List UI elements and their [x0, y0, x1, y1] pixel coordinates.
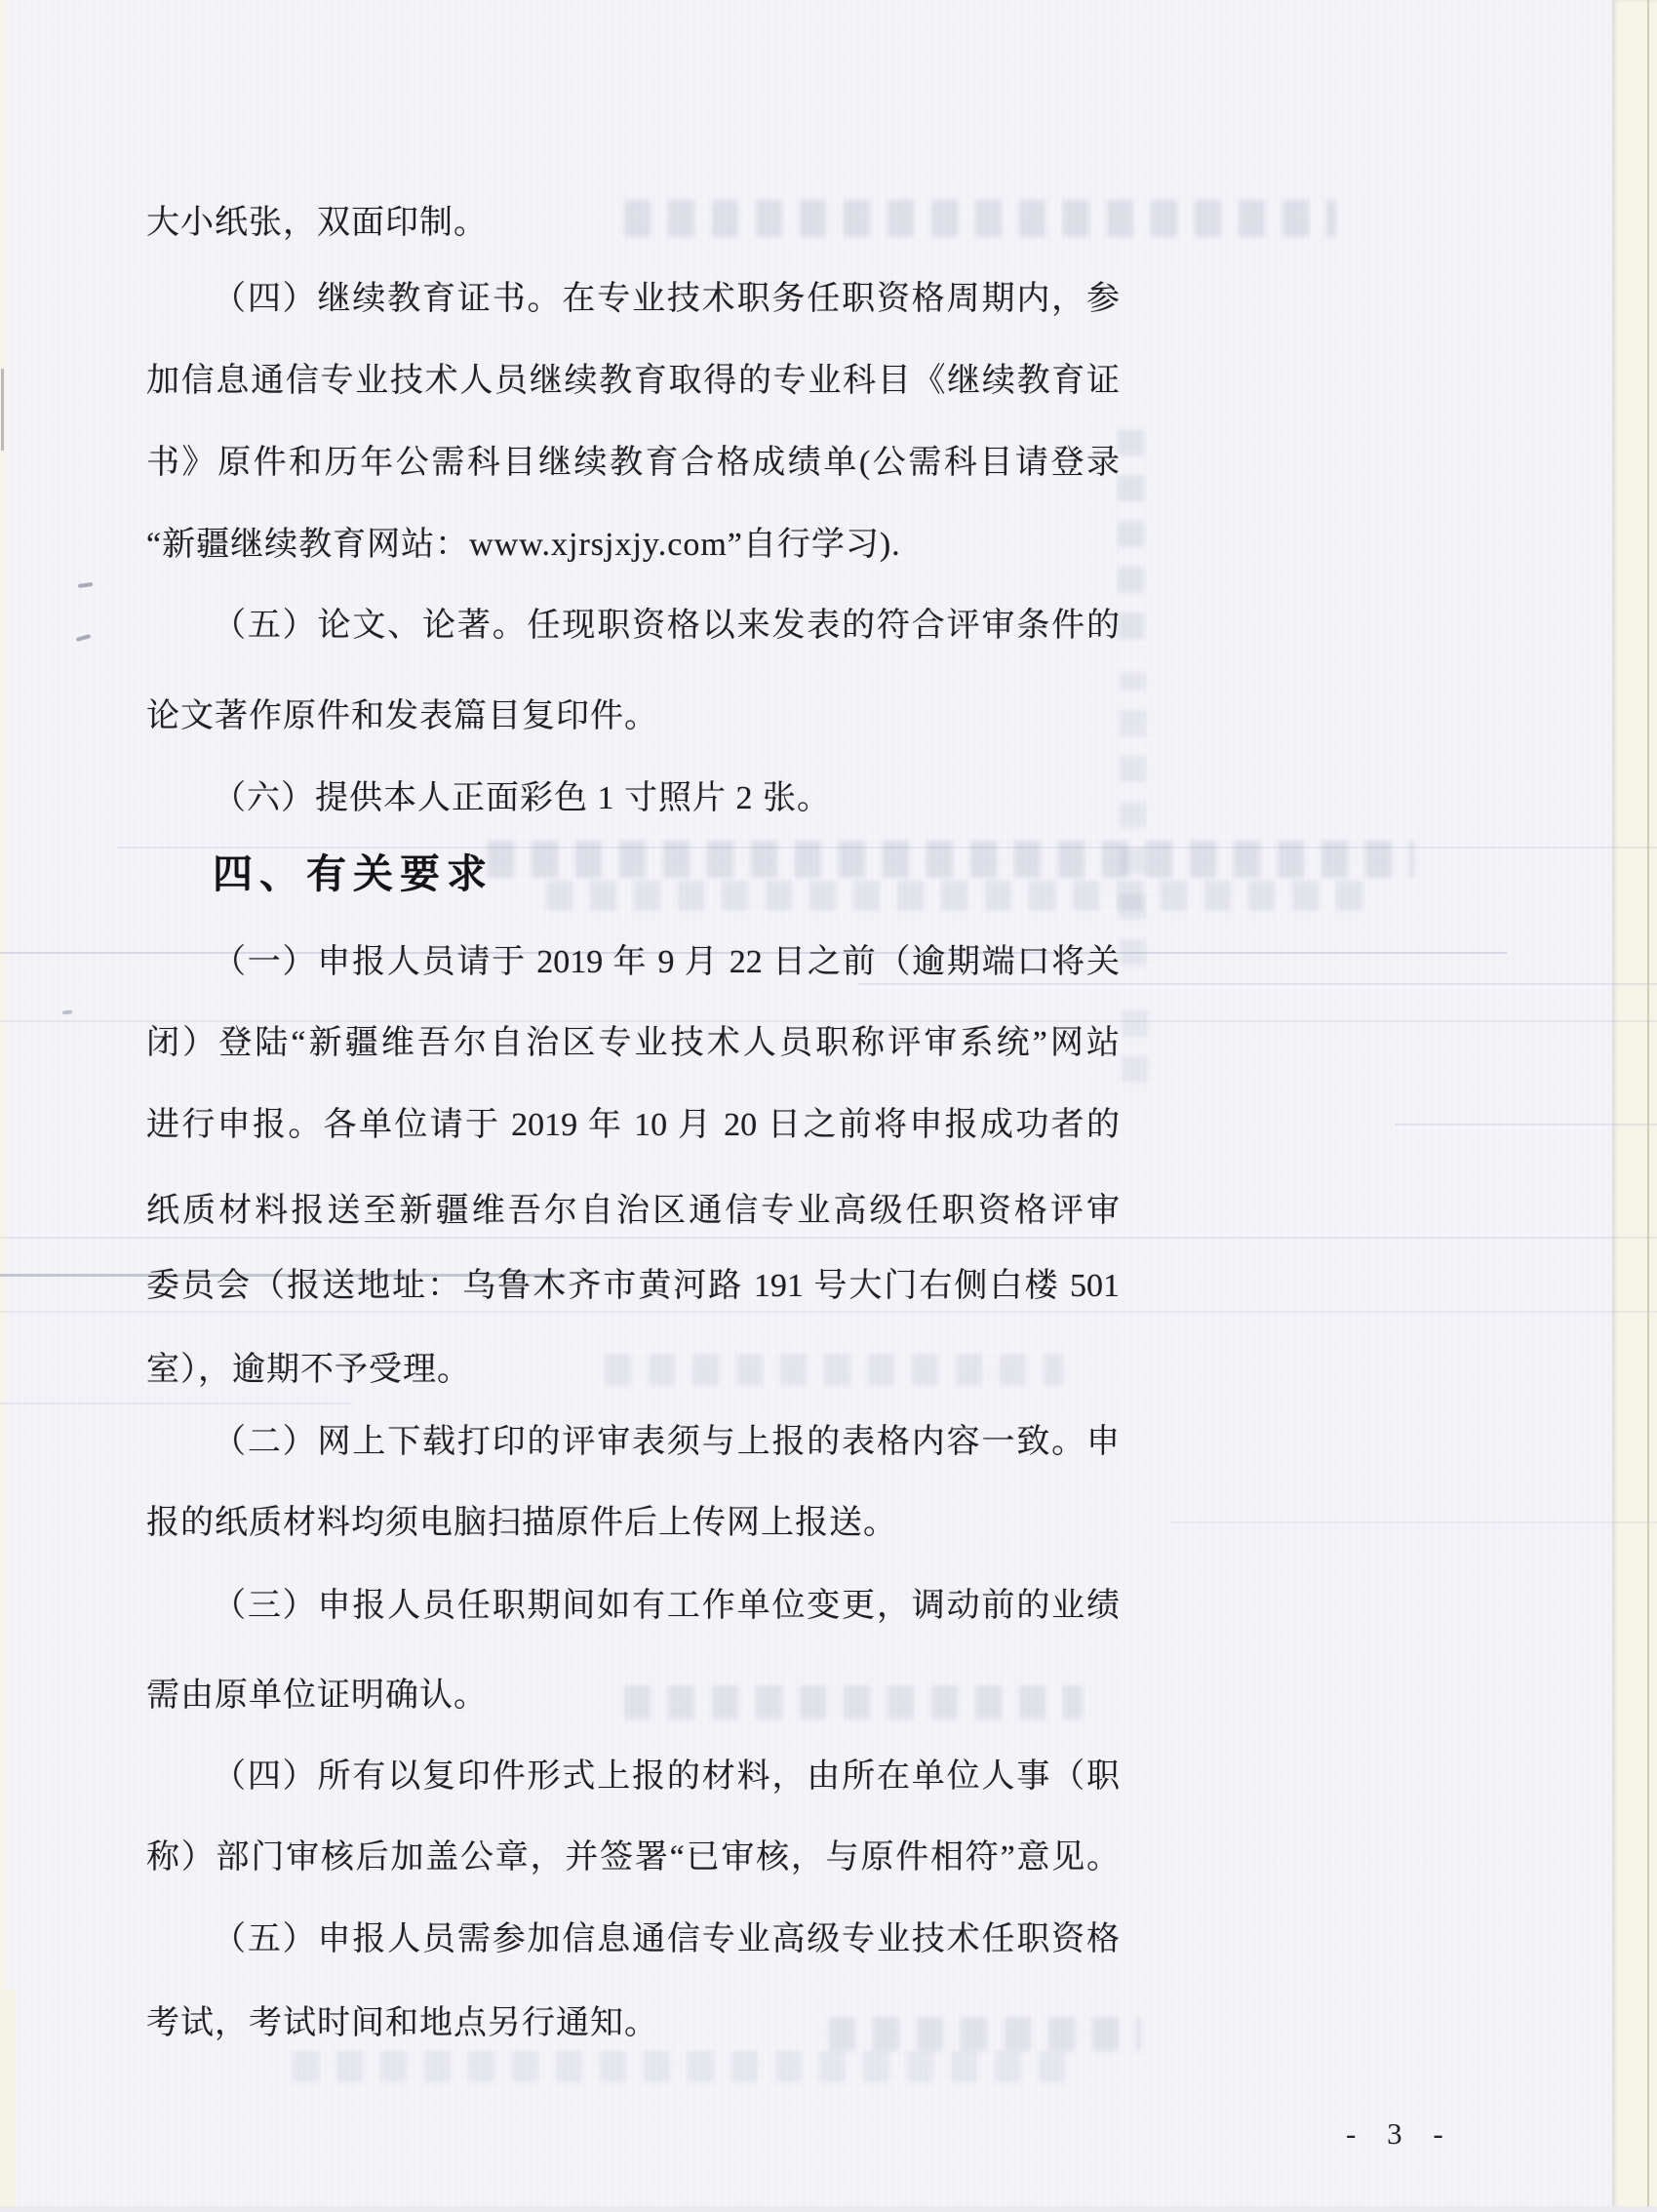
text-line: 报的纸质材料均须电脑扫描原件后上传网上报送。 [146, 1496, 897, 1551]
text-line: 称）部门审核后加盖公章，并签署“已审核，与原件相符”意见。 [146, 1831, 1120, 1885]
bleed-through-ghost [488, 841, 1414, 878]
text-line: 书》原件和历年公需科目继续教育合格成绩单(公需科目请登录 [146, 436, 1120, 491]
text-line: （三）申报人员任职期间如有工作单位变更，调动前的业绩 [213, 1579, 1120, 1634]
text-line: 加信息通信专业技术人员继续教育取得的专业科目《继续教育证 [146, 354, 1120, 409]
text-line: （四）继续教育证书。在专业技术职务任职资格周期内，参 [213, 272, 1120, 327]
bleed-through-ghost [829, 2017, 1141, 2051]
text-line: 纸质材料报送至新疆维吾尔自治区通信专业高级任职资格评审 [146, 1184, 1120, 1239]
text-line: （一）申报人员请于 2019 年 9 月 22 日之前（逾期端口将关 [213, 935, 1120, 990]
text-line: （五）论文、论著。任现职资格以来发表的符合评审条件的 [213, 599, 1120, 653]
text-line: （五）申报人员需参加信息通信专业高级专业技术任职资格 [213, 1913, 1120, 1967]
bleed-through-ghost [546, 881, 1365, 911]
bleed-through-ghost [1120, 673, 1146, 966]
paper-left-edge-bottom [0, 1990, 16, 2212]
pencil-mark [78, 582, 93, 588]
paper-left-edge [0, 0, 7, 2212]
text-line: 委员会（报送地址：乌鲁木齐市黄河路 191 号大门右侧白楼 501 [146, 1259, 1120, 1314]
bleed-through-ghost [605, 1354, 1063, 1386]
text-line: 室），逾期不予受理。 [146, 1343, 471, 1398]
page-number: - 3 - [1346, 2116, 1455, 2152]
section-heading-requirements: 四、有关要求 [213, 847, 493, 901]
bleed-through-ghost [1118, 415, 1144, 639]
scan-edge-artifact [1, 369, 4, 451]
paper-bottom-edge [0, 2206, 1657, 2212]
text-line: （六）提供本人正面彩色 1 寸照片 2 张。 [213, 771, 831, 826]
paper-right-edge-line [1647, 0, 1649, 2212]
text-line: 论文著作原件和发表篇目复印件。 [146, 690, 658, 744]
text-line: 大小纸张，双面印制。 [146, 196, 488, 251]
pencil-mark [62, 1009, 72, 1014]
scan-streak [1395, 1124, 1657, 1126]
bleed-through-ghost [624, 200, 1336, 237]
pencil-mark [76, 634, 92, 642]
paper-right-edge [1612, 0, 1657, 2212]
text-line: 需由原单位证明确认。 [146, 1669, 488, 1723]
text-line-with-url: “新疆继续教育网站：www.xjrsjxjy.com”自行学习). [146, 518, 901, 573]
bleed-through-ghost [293, 2051, 1073, 2082]
text-line: 闭）登陆“新疆维吾尔自治区专业技术人员职称评审系统”网站 [146, 1016, 1120, 1071]
text-line: 进行申报。各单位请于 2019 年 10 月 20 日之前将申报成功者的 [146, 1098, 1120, 1153]
bleed-through-ghost [624, 1685, 1083, 1719]
text-line: 考试，考试时间和地点另行通知。 [146, 1996, 658, 2051]
text-line: （四）所有以复印件形式上报的材料，由所在单位人事（职 [213, 1750, 1120, 1804]
scanned-document-page: 大小纸张，双面印制。 （四）继续教育证书。在专业技术职务任职资格周期内，参 加信… [0, 0, 1657, 2212]
text-line: （二）网上下载打印的评审表须与上报的表格内容一致。申 [213, 1415, 1120, 1470]
scan-streak [1170, 1521, 1657, 1523]
bleed-through-ghost [1122, 995, 1148, 1083]
scan-streak [0, 1402, 351, 1404]
